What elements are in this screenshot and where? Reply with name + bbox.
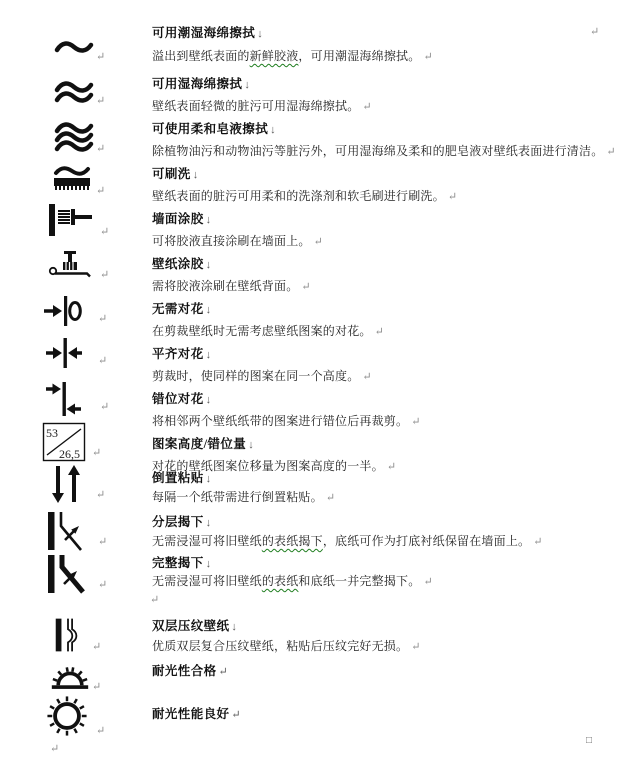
paragraph-mark: ↵ bbox=[231, 709, 240, 721]
paragraph-mark: ↵ bbox=[423, 576, 432, 588]
section-heading: 壁纸涂胶↓ bbox=[152, 254, 211, 272]
section-heading: 无需对花↓ bbox=[152, 299, 211, 317]
section-heading: 可用湿海绵擦拭↓ bbox=[152, 74, 250, 92]
paragraph-mark: ↵ bbox=[326, 492, 335, 504]
line-break-mark: ↓ bbox=[206, 517, 212, 529]
paragraph-mark: ↵ bbox=[96, 142, 105, 155]
wet-sponge-wipe-icon bbox=[54, 80, 94, 106]
paragraph-mark: ↵ bbox=[96, 94, 105, 107]
offset-match-icon bbox=[44, 380, 84, 418]
paragraph-mark: ↵ bbox=[375, 326, 384, 338]
strippable-icon bbox=[46, 554, 86, 594]
section-body: 除植物油污和动物油污等脏污外，可用湿海绵及柔和的肥皂液对壁纸表面进行清洁。↵ bbox=[152, 142, 616, 159]
section-body: 壁纸表面轻微的脏污可用湿海绵擦拭。↵ bbox=[152, 97, 372, 114]
section-body: 无需浸湿可将旧壁纸的表纸和底纸一并完整揭下。↵ bbox=[152, 572, 433, 589]
sun-lightfastness-icon bbox=[46, 695, 88, 737]
line-break-mark: ↓ bbox=[206, 349, 212, 361]
section-body: 需将胶液涂刷在壁纸背面。↵ bbox=[152, 277, 311, 294]
line-break-mark: ↓ bbox=[206, 473, 212, 485]
section-heading: 墙面涂胶↓ bbox=[152, 209, 211, 227]
paragraph-mark: ↵ bbox=[98, 312, 107, 325]
paragraph-mark: ↵ bbox=[411, 641, 420, 653]
paragraph-mark: ↵ bbox=[314, 236, 323, 248]
section-body: 优质双层复合压纹壁纸，粘贴后压纹完好无损。↵ bbox=[152, 637, 420, 654]
section-heading: 图案高度/错位量↓ bbox=[152, 434, 254, 452]
section-body: 溢出到壁纸表面的新鲜胶液，可用潮湿海绵擦拭。↵ bbox=[152, 47, 433, 64]
line-break-mark: ↓ bbox=[270, 124, 276, 136]
paragraph-mark: ↵ bbox=[98, 354, 107, 367]
section-body: 在剪裁壁纸时无需考虑壁纸图案的对花。↵ bbox=[152, 322, 384, 339]
line-break-mark: ↓ bbox=[206, 394, 212, 406]
line-break-mark: ↓ bbox=[206, 304, 212, 316]
paragraph-mark: ↵ bbox=[50, 742, 59, 755]
line-break-mark: ↓ bbox=[206, 214, 212, 226]
paragraph-mark: ↵ bbox=[301, 281, 310, 293]
duplex-embossed-icon bbox=[54, 617, 82, 653]
damp-sponge-wipe-icon bbox=[54, 39, 94, 55]
spellcheck-squiggle: 的表纸 bbox=[262, 574, 299, 588]
paragraph-mark: ↵ bbox=[411, 416, 420, 428]
paragraph-mark: ↵ bbox=[98, 535, 107, 548]
paragraph-mark: ↵ bbox=[150, 593, 159, 606]
document-page: ↵ ↵ ↵ □ ↵ 可用潮湿海绵擦拭↓ 溢出到壁纸表面的新鲜胶液，可用潮湿海绵擦… bbox=[0, 0, 617, 760]
paragraph-mark: ↵ bbox=[219, 666, 228, 678]
section-body: 无需浸湿可将旧壁纸的表纸揭下，底纸可作为打底衬纸保留在墙面上。↵ bbox=[152, 532, 542, 549]
paragraph-mark: ↵ bbox=[590, 25, 599, 38]
straight-match-icon bbox=[44, 336, 84, 370]
line-break-mark: ↓ bbox=[206, 259, 212, 271]
line-break-mark: ↓ bbox=[248, 439, 254, 451]
line-break-mark: ↓ bbox=[257, 28, 263, 40]
paragraph-mark: ↵ bbox=[98, 578, 107, 591]
free-match-icon bbox=[42, 294, 82, 328]
paragraph-mark: ↵ bbox=[92, 640, 101, 653]
section-body: 可将胶液直接涂刷在墙面上。↵ bbox=[152, 232, 323, 249]
paragraph-mark: ↵ bbox=[362, 371, 371, 383]
peel-top-layer-icon bbox=[46, 511, 86, 551]
paragraph-mark: ↵ bbox=[96, 50, 105, 63]
paste-the-paper-icon bbox=[46, 250, 92, 280]
paragraph-mark: ↵ bbox=[448, 191, 457, 203]
section-heading: 耐光性合格↵ bbox=[152, 661, 228, 679]
section-body: 剪裁时，使同样的图案在同一个高度。↵ bbox=[152, 367, 372, 384]
section-body: 将相邻两个壁纸纸带的图案进行错位后再裁剪。↵ bbox=[152, 412, 420, 429]
scrubbable-icon bbox=[52, 165, 92, 193]
line-break-mark: ↓ bbox=[193, 169, 199, 181]
paragraph-mark: ↵ bbox=[423, 51, 432, 63]
doc-end-marker: □ bbox=[586, 735, 592, 746]
section-heading: 平齐对花↓ bbox=[152, 344, 211, 362]
section-heading: 可用潮湿海绵擦拭↓ bbox=[152, 23, 263, 41]
line-break-mark: ↓ bbox=[206, 558, 212, 570]
pattern-repeat-offset-icon: 53 26,5 bbox=[42, 422, 86, 462]
paragraph-mark: ↵ bbox=[100, 400, 109, 413]
paragraph-mark: ↵ bbox=[606, 146, 615, 158]
section-heading: 可刷洗↓ bbox=[152, 164, 198, 182]
paragraph-mark: ↵ bbox=[96, 488, 105, 501]
section-heading: 完整揭下↓ bbox=[152, 553, 211, 571]
section-heading: 分层揭下↓ bbox=[152, 512, 211, 530]
paragraph-mark: ↵ bbox=[100, 268, 109, 281]
half-sun-lightfastness-icon bbox=[50, 666, 90, 690]
spellcheck-squiggle: 的表纸揭下 bbox=[262, 534, 323, 548]
reverse-hang-icon bbox=[50, 464, 84, 504]
line-break-mark: ↓ bbox=[244, 79, 250, 91]
section-body: 每隔一个纸带需进行倒置粘贴。↵ bbox=[152, 488, 335, 505]
paragraph-mark: ↵ bbox=[533, 536, 542, 548]
soap-washable-icon bbox=[54, 122, 94, 156]
line-break-mark: ↓ bbox=[231, 621, 237, 633]
section-body: 壁纸表面的脏污可用柔和的洗涤剂和软毛刷进行刷洗。↵ bbox=[152, 187, 457, 204]
offset-value: 26,5 bbox=[59, 447, 80, 461]
paragraph-mark: ↵ bbox=[92, 680, 101, 693]
paragraph-mark: ↵ bbox=[362, 101, 371, 113]
paragraph-mark: ↵ bbox=[96, 724, 105, 737]
paragraph-mark: ↵ bbox=[92, 446, 101, 459]
spellcheck-squiggle: 新鲜胶液 bbox=[250, 49, 299, 63]
section-heading: 双层压纹壁纸↓ bbox=[152, 616, 237, 634]
section-heading: 倒置粘贴↓ bbox=[152, 468, 211, 486]
paragraph-mark: ↵ bbox=[100, 225, 109, 238]
section-heading: 耐光性能良好↵ bbox=[152, 704, 241, 722]
paragraph-mark: ↵ bbox=[387, 461, 396, 473]
section-heading: 错位对花↓ bbox=[152, 389, 211, 407]
paste-the-wall-icon bbox=[48, 203, 94, 237]
pattern-height-value: 53 bbox=[46, 426, 58, 440]
paragraph-mark: ↵ bbox=[96, 184, 105, 197]
section-heading: 可使用柔和皂液擦拭↓ bbox=[152, 119, 276, 137]
